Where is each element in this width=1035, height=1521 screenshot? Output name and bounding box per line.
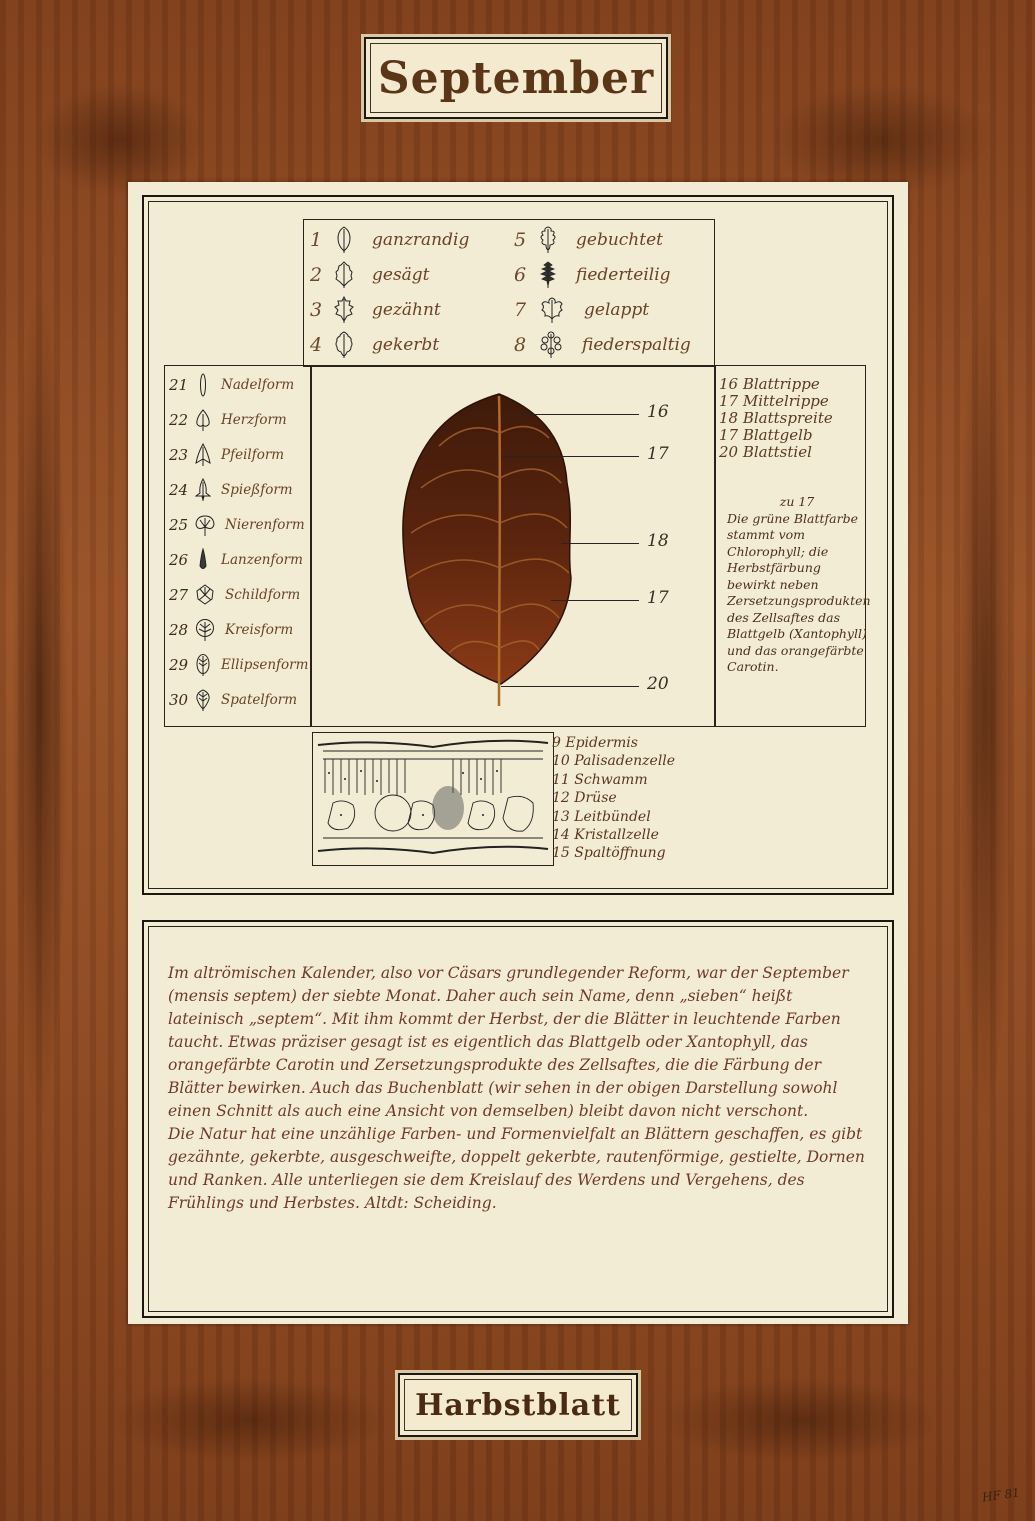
margin-item: 8 fiederspaltig bbox=[514, 328, 691, 362]
beech-leaf-illustration bbox=[399, 388, 579, 708]
leaf-crenate-icon bbox=[334, 331, 354, 359]
handwritten-text: Im altrömischen Kalender, also vor Cäsar… bbox=[168, 962, 868, 1215]
leaf-sinuate-icon bbox=[538, 226, 558, 254]
paragraph: Im altrömischen Kalender, also vor Cäsar… bbox=[168, 962, 868, 1123]
circle-leaf-icon bbox=[195, 618, 215, 642]
hastate-leaf-icon bbox=[195, 478, 211, 502]
cross-section-labels: 9 Epidermis 10 Palisadenzelle 11 Schwamm… bbox=[552, 734, 675, 863]
callout-16: 16 bbox=[647, 402, 669, 422]
subtitle-label: Harbstblatt bbox=[398, 1373, 638, 1437]
arrow-leaf-icon bbox=[195, 443, 211, 467]
margin-item: 6 fiederteilig bbox=[514, 258, 671, 292]
leaf-margin-table: 1 ganzrandig 2 gesägt 3 gezähnt 4 gekerb… bbox=[303, 219, 715, 367]
leader-line bbox=[501, 456, 639, 457]
callout-18: 18 bbox=[647, 531, 669, 551]
shape-item: 24Spießform bbox=[169, 473, 293, 507]
leaf-parts-box: 16 Blattrippe 17 Mittelrippe 18 Blattspr… bbox=[714, 365, 866, 727]
paragraph: Die Natur hat eine unzählige Farben- und… bbox=[168, 1123, 868, 1215]
margin-item: 3 gezähnt bbox=[310, 293, 441, 327]
shape-item: 21Nadelform bbox=[169, 368, 294, 402]
cross-section-drawing bbox=[313, 733, 551, 863]
shape-item: 30Spatelform bbox=[169, 683, 297, 717]
margin-item: 2 gesägt bbox=[310, 258, 430, 292]
leaf-entire-icon bbox=[334, 226, 354, 254]
chlorophyll-note: zu 17 Die grüne Blattfarbe stammt vom Ch… bbox=[727, 494, 867, 676]
leader-line bbox=[501, 686, 639, 687]
paper-sheet: 1 ganzrandig 2 gesägt 3 gezähnt 4 gekerb… bbox=[128, 182, 908, 1324]
shield-leaf-icon bbox=[195, 583, 215, 607]
shape-item: 22Herzform bbox=[169, 403, 287, 437]
shape-item: 25Nierenform bbox=[169, 508, 305, 542]
kidney-leaf-icon bbox=[195, 513, 215, 537]
page-title: September bbox=[378, 53, 654, 104]
spatula-leaf-icon bbox=[195, 688, 211, 712]
needle-leaf-icon bbox=[195, 373, 211, 397]
shape-item: 26Lanzenform bbox=[169, 543, 303, 577]
margin-item: 5 gebuchtet bbox=[514, 223, 663, 257]
callout-17b: 17 bbox=[647, 588, 669, 608]
leaf-serrate-icon bbox=[334, 261, 354, 289]
margin-item: 1 ganzrandig bbox=[310, 223, 469, 257]
page-subtitle: Harbstblatt bbox=[415, 1388, 621, 1423]
leader-line bbox=[519, 414, 639, 415]
callout-17: 17 bbox=[647, 444, 669, 464]
leaf-pinnatisect-icon bbox=[538, 261, 558, 289]
text-panel: Im altrömischen Kalender, also vor Cäsar… bbox=[142, 920, 894, 1318]
margin-item: 4 gekerbt bbox=[310, 328, 439, 362]
leaf-parts-list: 16 Blattrippe 17 Mittelrippe 18 Blattspr… bbox=[719, 376, 833, 461]
leaf-dentate-icon bbox=[334, 296, 354, 324]
cross-section-box bbox=[312, 732, 554, 866]
leaf-illustration-box: 16 17 18 17 20 bbox=[310, 365, 716, 727]
lance-leaf-icon bbox=[195, 548, 211, 572]
shape-item: 29Ellipsenform bbox=[169, 648, 308, 682]
leader-line bbox=[561, 543, 639, 544]
ellipse-leaf-icon bbox=[195, 653, 211, 677]
shape-item: 23Pfeilform bbox=[169, 438, 284, 472]
leaf-lobed-icon bbox=[538, 296, 566, 324]
leaf-shape-table: 21Nadelform 22Herzform 23Pfeilform 24Spi… bbox=[164, 365, 312, 727]
shape-item: 28Kreisform bbox=[169, 613, 293, 647]
shape-item: 27Schildform bbox=[169, 578, 300, 612]
callout-20: 20 bbox=[647, 674, 669, 694]
title-label: September bbox=[364, 37, 668, 119]
leaf-pinnatifid-icon bbox=[538, 331, 564, 359]
leader-line bbox=[551, 600, 639, 601]
margin-item: 7 gelappt bbox=[514, 293, 649, 327]
heart-leaf-icon bbox=[195, 408, 211, 432]
